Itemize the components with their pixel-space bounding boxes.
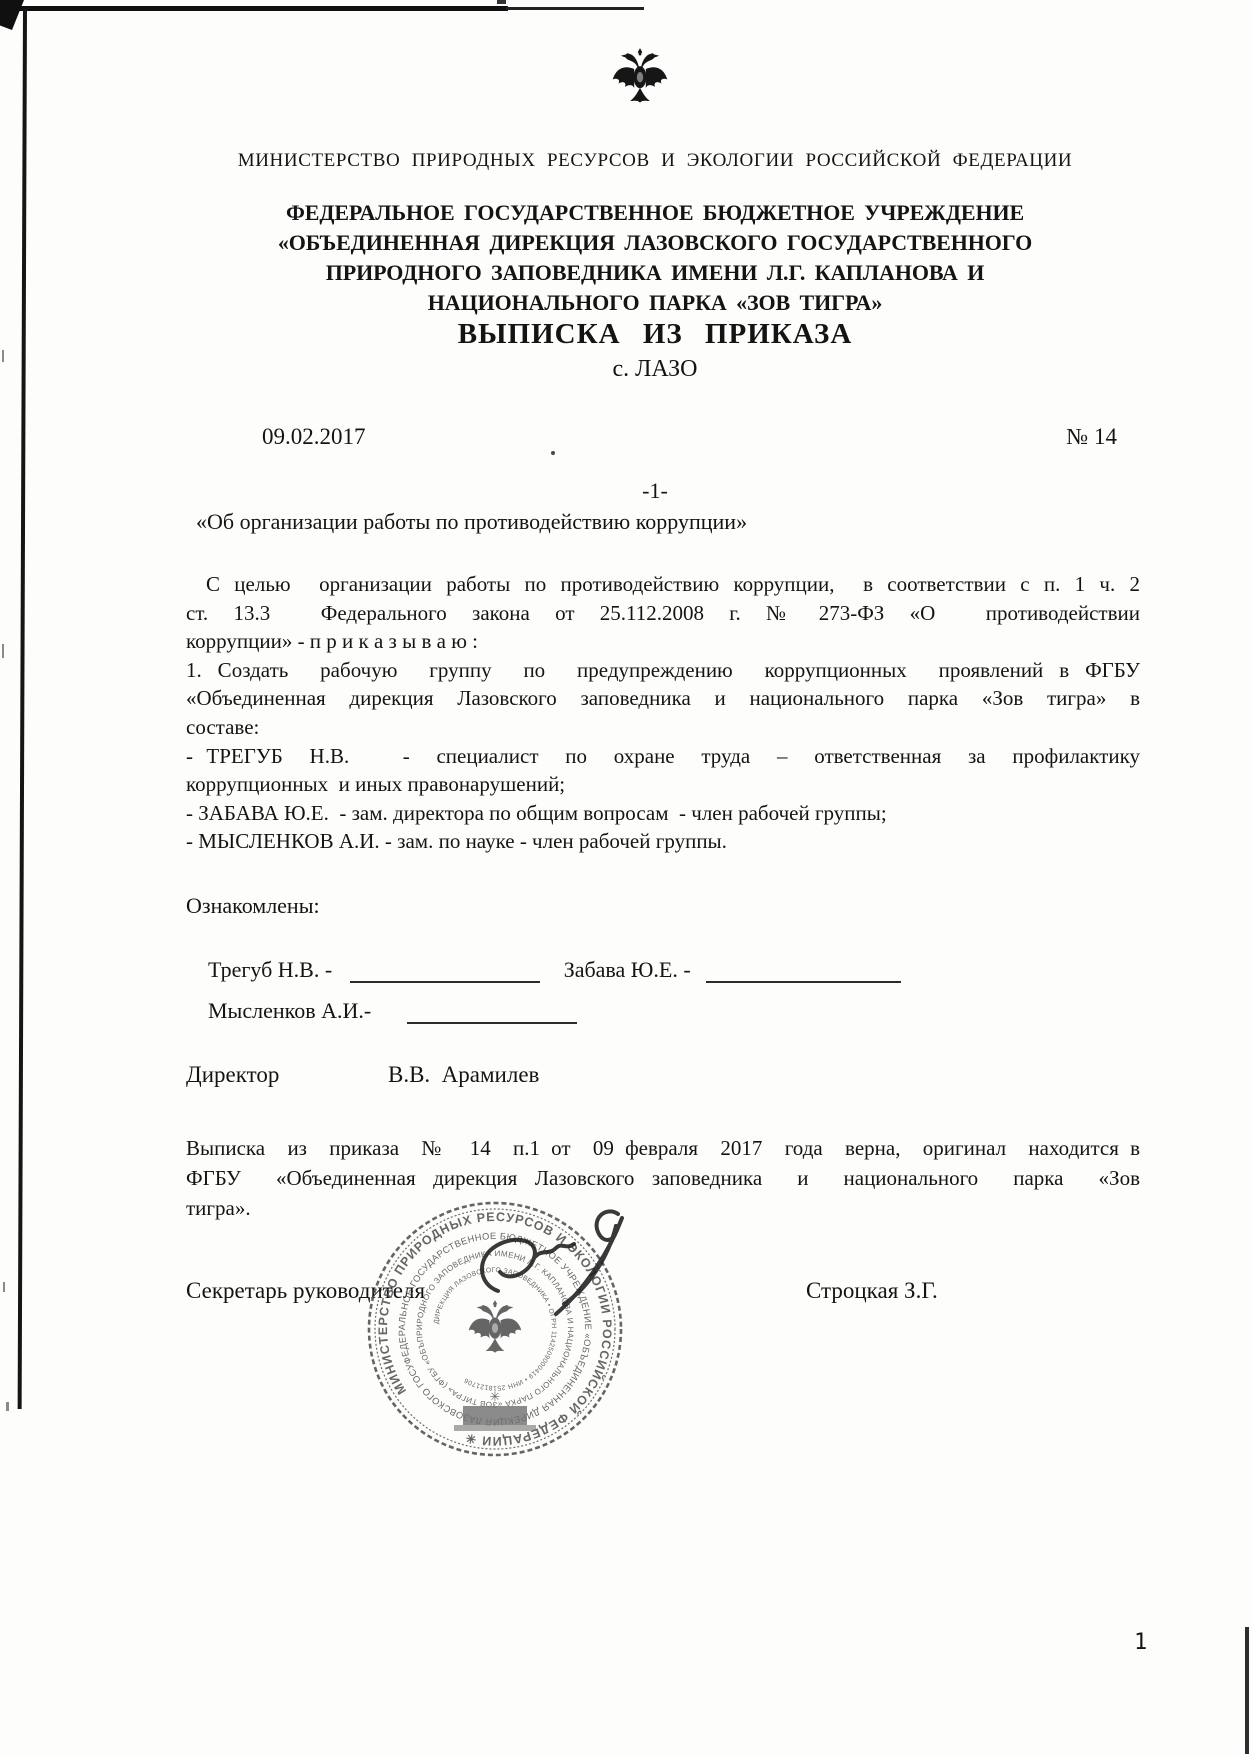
page-marker: -1-: [170, 478, 1140, 504]
signature-blank-line: [706, 959, 901, 983]
document-date: 09.02.2017: [262, 424, 366, 450]
organization-title-line: НАЦИОНАЛЬНОГО ПАРКА «ЗОВ ТИГРА»: [170, 288, 1140, 318]
organization-title-line: «ОБЪЕДИНЕННАЯ ДИРЕКЦИЯ ЛАЗОВСКОГО ГОСУДА…: [170, 228, 1140, 258]
director-name: В.В. Арамилев: [388, 1062, 539, 1088]
order-body-line: 1. Создать рабочую группу по предупрежде…: [186, 656, 1140, 685]
scan-artifact-dash: [2, 350, 4, 362]
scan-artifact-left-line: [18, 9, 27, 1409]
document-number: № 14: [1066, 424, 1117, 450]
scan-artifact-right-edge-line: [1245, 1627, 1249, 1754]
scan-artifact-dash: [6, 1402, 9, 1411]
page-number: 1: [1134, 1630, 1147, 1655]
certification-line: тигра».: [186, 1193, 1140, 1223]
scan-artifact-top-line-2: [506, 7, 644, 10]
director-label: Директор: [186, 1062, 279, 1088]
order-body-line: ст. 13.3 Федерального закона от 25.112.2…: [186, 599, 1140, 628]
russian-coat-of-arms-emblem: [611, 41, 669, 111]
date-number-row: 09.02.2017 № 14: [262, 424, 1117, 450]
order-body-line: - ТРЕГУБ Н.В. - специалист по охране тру…: [186, 742, 1140, 771]
order-body-line: С целью организации работы по противодей…: [186, 570, 1140, 599]
secretary-name: Строцкая З.Г.: [806, 1278, 938, 1304]
acknowledgement-title: Ознакомлены:: [186, 893, 320, 919]
acknowledgement-name-myslenkov: Мысленков А.И.-: [208, 998, 377, 1023]
place-line: с. ЛАЗО: [170, 356, 1140, 383]
document-type-title: ВЫПИСКА ИЗ ПРИКАЗА: [170, 318, 1140, 351]
order-subject: «Об организации работы по противодействи…: [196, 509, 747, 535]
order-body-line: составе:: [186, 713, 1140, 742]
certification-line: Выписка из приказа № 14 п.1 от 09 феврал…: [186, 1133, 1140, 1163]
acknowledgement-row-2: Мысленков А.И.-: [186, 972, 577, 1050]
scan-artifact-dash: [3, 1282, 5, 1292]
scan-artifact-top-line: [10, 6, 508, 11]
scan-artifact-top-tick: [497, 0, 506, 4]
scan-artifact-dash: [2, 644, 4, 658]
acknowledgement-name-zabava: Забава Ю.Е. -: [564, 957, 696, 982]
order-body-line: - ЗАБАВА Ю.Е. - зам. директора по общим …: [186, 799, 1140, 828]
order-body-line: коррупции» - п р и к а з ы в а ю :: [186, 627, 1140, 656]
order-body-line: - МЫСЛЕНКОВ А.И. - зам. по науке - член …: [186, 827, 1140, 856]
stamp-asterisk: ✳: [490, 1389, 501, 1404]
secretary-handwritten-signature: [468, 1196, 643, 1321]
certification-text: Выписка из приказа № 14 п.1 от 09 феврал…: [186, 1133, 1140, 1223]
order-body-line: «Объединенная дирекция Лазовского запове…: [186, 684, 1140, 713]
ministry-title: МИНИСТЕРСТВО ПРИРОДНЫХ РЕСУРСОВ И ЭКОЛОГ…: [170, 150, 1140, 172]
stamp-smudge: [463, 1406, 527, 1425]
organization-title-line: ФЕДЕРАЛЬНОЕ ГОСУДАРСТВЕННОЕ БЮДЖЕТНОЕ УЧ…: [170, 198, 1140, 228]
organization-title: ФЕДЕРАЛЬНОЕ ГОСУДАРСТВЕННОЕ БЮДЖЕТНОЕ УЧ…: [170, 198, 1140, 318]
certification-line: ФГБУ «Объединенная дирекция Лазовского з…: [186, 1163, 1140, 1193]
order-body: С целью организации работы по противодей…: [186, 570, 1140, 856]
scan-artifact-corner-blob: [0, 0, 24, 30]
scan-artifact-dot: [551, 451, 555, 455]
order-body-line: коррупционных и иных правонарушений;: [186, 770, 1140, 799]
signature-blank-line: [407, 1000, 577, 1024]
document-page: МИНИСТЕРСТВО ПРИРОДНЫХ РЕСУРСОВ И ЭКОЛОГ…: [0, 0, 1252, 1754]
organization-title-line: ПРИРОДНОГО ЗАПОВЕДНИКА ИМЕНИ Л.Г. КАПЛАН…: [170, 258, 1140, 288]
